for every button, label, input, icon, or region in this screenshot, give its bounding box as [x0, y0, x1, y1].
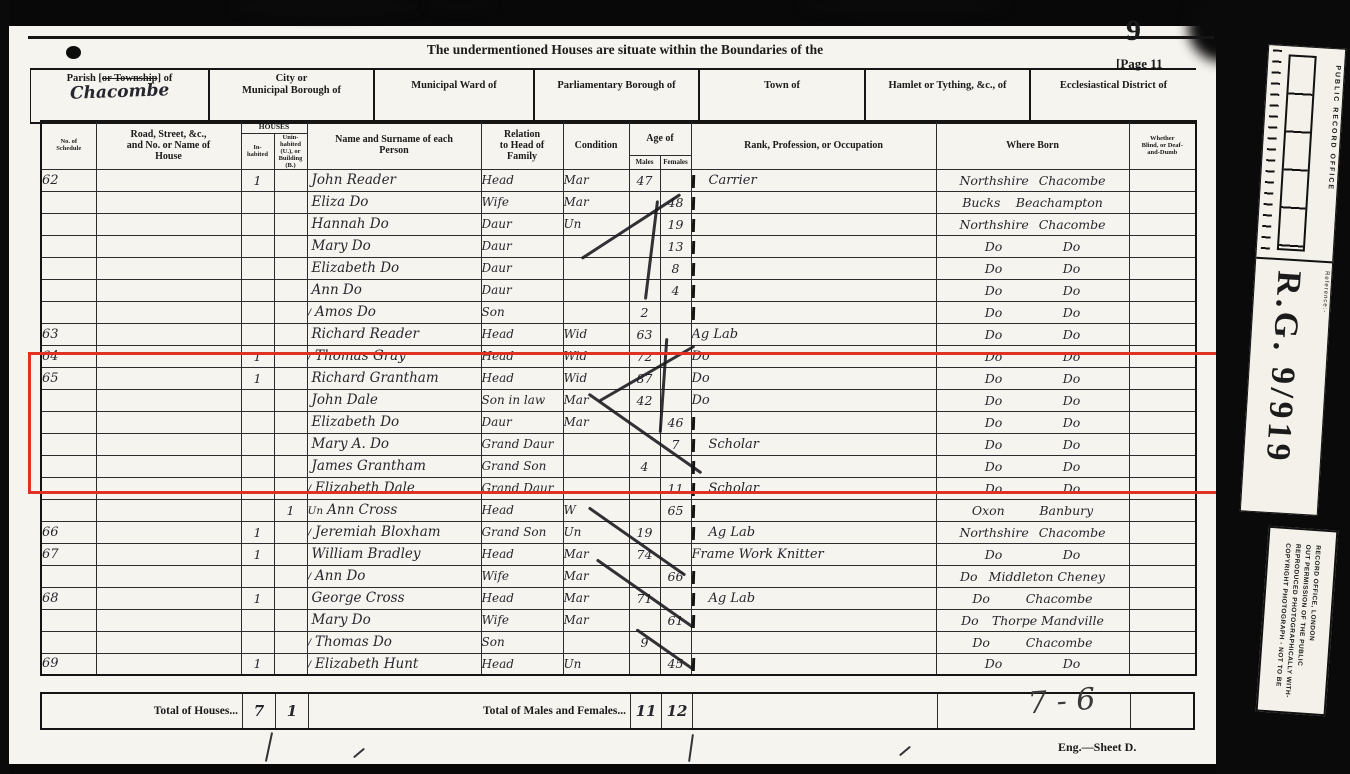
name-cell: Mary A. Do	[307, 433, 481, 455]
age-male-cell	[629, 653, 660, 675]
occupation-cell: Frame Work Knitter	[691, 543, 936, 565]
inhabited-cell	[241, 565, 274, 587]
relation-cell: Son in law	[481, 389, 563, 411]
totals-spacer	[1130, 694, 1193, 728]
road-cell	[96, 499, 241, 521]
age-male-cell: 72	[629, 345, 660, 367]
person-row: Mary Do Wife Mar 61 DoThorpe Mandville	[41, 609, 1196, 631]
age-male-cell	[629, 609, 660, 631]
blind-cell	[1129, 565, 1196, 587]
schedule-number	[41, 477, 96, 499]
parish-value: Chacombe	[70, 84, 170, 99]
relation-cell: Head	[481, 653, 563, 675]
top-rule	[28, 36, 1214, 39]
where-born-cell: OxonBanbury	[936, 499, 1129, 521]
age-male-cell	[629, 235, 660, 257]
col-blind: Whether Blind, or Deaf- and-Dumb	[1129, 121, 1196, 169]
born-place: Do	[1063, 239, 1081, 254]
born-county: Do	[985, 371, 1003, 386]
where-born-cell: DoDo	[936, 411, 1129, 433]
born-place: Do	[1063, 283, 1081, 298]
born-place: Beachampton	[1016, 195, 1103, 210]
person-name: Richard Grantham	[312, 370, 439, 386]
tally-mark	[691, 482, 694, 495]
where-born-cell: DoMiddleton Cheney	[936, 565, 1129, 587]
born-place: Do	[1063, 371, 1081, 386]
parish-cell: Parish [or Township] of Chacombe	[30, 70, 210, 122]
where-born-cell: DoDo	[936, 345, 1129, 367]
condition-cell: Un	[563, 653, 629, 675]
born-county: Do	[985, 481, 1003, 496]
born-county: Do	[960, 569, 978, 584]
col-age-group: Age of	[629, 121, 691, 155]
born-place: Chacombe	[1039, 173, 1106, 188]
age-female-cell	[660, 301, 691, 323]
person-row: 66 1 /Jeremiah Bloxham Grand Son Un 19 A…	[41, 521, 1196, 543]
blind-cell	[1129, 301, 1196, 323]
where-born-cell: DoDo	[936, 257, 1129, 279]
age-female-cell: 8	[660, 257, 691, 279]
schedule-number	[41, 301, 96, 323]
relation-cell: Head	[481, 543, 563, 565]
schedule-number	[41, 609, 96, 631]
reference-caption: Reference:-	[1321, 271, 1330, 314]
total-males: 11	[630, 694, 661, 728]
uninhabited-cell	[274, 389, 307, 411]
name-cell: William Bradley	[307, 543, 481, 565]
page-title: The undermentioned Houses are situate wi…	[200, 42, 1050, 58]
occupation-cell: Do	[691, 389, 936, 411]
schedule-number: 63	[41, 323, 96, 345]
name-cell: /Amos Do	[307, 301, 481, 323]
schedule-number	[41, 565, 96, 587]
schedule-number	[41, 433, 96, 455]
schedule-number	[41, 389, 96, 411]
born-county: Oxon	[972, 503, 1005, 518]
person-name: Ann Do	[315, 568, 365, 584]
occupation-cell: Ag Lab	[691, 587, 936, 609]
born-place: Do	[1063, 459, 1081, 474]
pen-mark: /	[308, 637, 312, 649]
person-name: William Bradley	[312, 546, 421, 562]
total-houses-uninhabited: 1	[275, 694, 308, 728]
total-houses-inhabited: 7	[242, 694, 275, 728]
age-female-cell: 13	[660, 235, 691, 257]
person-name: Thomas Gray	[315, 348, 406, 364]
piece-reference: R.G. 9/919	[1258, 270, 1308, 466]
born-place: Banbury	[1039, 503, 1093, 518]
born-place: Do	[1063, 437, 1081, 452]
occupation-cell	[691, 609, 936, 631]
name-cell: Eliza Do	[307, 191, 481, 213]
occupation-cell: Do	[691, 345, 936, 367]
col-born: Where Born	[936, 121, 1129, 169]
age-female-cell: 46	[660, 411, 691, 433]
person-name: Eliza Do	[312, 194, 369, 210]
name-cell: George Cross	[307, 587, 481, 609]
where-born-cell: DoDo	[936, 653, 1129, 675]
col-uninhabited: Unin- habited (U.), or Building (B.)	[274, 133, 307, 169]
col-males: Males	[629, 155, 660, 169]
where-born-cell: DoThorpe Mandville	[936, 609, 1129, 631]
uninhabited-cell	[274, 411, 307, 433]
uninhabited-cell	[274, 257, 307, 279]
blind-cell	[1129, 609, 1196, 631]
occupation-cell	[691, 213, 936, 235]
schedule-number: 69	[41, 653, 96, 675]
col-condition: Condition	[563, 121, 629, 169]
col-schedule: No. of Schedule	[41, 121, 96, 169]
person-row: 63 Richard Reader Head Wid 63 Ag Lab DoD…	[41, 323, 1196, 345]
born-county: Northshire	[959, 217, 1028, 232]
born-county: Do	[985, 393, 1003, 408]
person-row: Mary A. Do Grand Daur 7 Scholar DoDo	[41, 433, 1196, 455]
blind-cell	[1129, 653, 1196, 675]
inhabited-cell	[241, 235, 274, 257]
uninhabited-cell	[274, 301, 307, 323]
where-born-cell: DoDo	[936, 279, 1129, 301]
blind-cell	[1129, 345, 1196, 367]
inhabited-cell	[241, 411, 274, 433]
relation-cell: Daur	[481, 257, 563, 279]
uninhabited-cell	[274, 235, 307, 257]
born-county: Bucks	[962, 195, 1000, 210]
where-born-cell: DoDo	[936, 235, 1129, 257]
person-name: Elizabeth Dale	[315, 480, 415, 496]
name-cell: Ann Do	[307, 279, 481, 301]
blind-cell	[1129, 191, 1196, 213]
relation-cell: Head	[481, 345, 563, 367]
condition-cell	[563, 257, 629, 279]
uninhabited-cell: 1	[274, 499, 307, 521]
town-cell: Town of	[700, 70, 866, 122]
occupation-text: Do	[692, 371, 710, 386]
where-born-cell: DoDo	[936, 543, 1129, 565]
name-cell: /Elizabeth Hunt	[307, 653, 481, 675]
name-cell: Elizabeth Do	[307, 257, 481, 279]
uninhabited-cell	[274, 455, 307, 477]
born-county: Do	[985, 437, 1003, 452]
person-row: 67 1 William Bradley Head Mar 74 Frame W…	[41, 543, 1196, 565]
total-mf-label: Total of Males and Females...	[308, 694, 630, 728]
uninhabited-cell	[274, 367, 307, 389]
person-name: Elizabeth Hunt	[315, 656, 418, 672]
born-place: Chacombe	[1039, 217, 1106, 232]
tally-mark	[691, 504, 694, 517]
born-place: Do	[1063, 305, 1081, 320]
occupation-cell	[691, 653, 936, 675]
born-place: Chacombe	[1039, 525, 1106, 540]
born-place: Do	[1063, 349, 1081, 364]
relation-cell: Grand Daur	[481, 433, 563, 455]
born-county: Do	[972, 591, 990, 606]
pencil-annotation: 7 - 6	[1027, 682, 1097, 722]
person-name: Elizabeth Do	[312, 260, 400, 276]
person-name: Mary Do	[312, 238, 371, 254]
relation-cell: Daur	[481, 279, 563, 301]
occupation-text: Do	[692, 349, 710, 364]
occupation-cell: Ag Lab	[691, 323, 936, 345]
hamlet-cell: Hamlet or Tything, &c., of	[866, 70, 1031, 122]
where-born-cell: DoDo	[936, 389, 1129, 411]
road-cell	[96, 543, 241, 565]
schedule-number	[41, 499, 96, 521]
scan-edge-left	[0, 0, 9, 774]
name-cell: UnAnn Cross	[307, 499, 481, 521]
relation-cell: Grand Daur	[481, 477, 563, 499]
tally-mark	[691, 174, 694, 187]
age-male-cell: 4	[629, 455, 660, 477]
tally-mark	[691, 240, 694, 253]
age-male-cell: 63	[629, 323, 660, 345]
occupation-cell: Do	[691, 367, 936, 389]
person-row: Ann Do Daur 4 DoDo	[41, 279, 1196, 301]
person-row: 65 1 Richard Grantham Head Wid 87 Do DoD…	[41, 367, 1196, 389]
road-cell	[96, 257, 241, 279]
totals-spacer	[692, 694, 937, 728]
born-county: Do	[961, 613, 979, 628]
relation-cell: Son	[481, 631, 563, 653]
born-place: Do	[1063, 393, 1081, 408]
uninhabited-cell	[274, 169, 307, 191]
condition-cell: Wid	[563, 323, 629, 345]
born-county: Do	[985, 261, 1003, 276]
person-name: Jeremiah Bloxham	[315, 524, 441, 540]
relation-cell: Head	[481, 587, 563, 609]
inhabited-cell	[241, 433, 274, 455]
age-female-cell: 7	[660, 433, 691, 455]
relation-cell: Daur	[481, 213, 563, 235]
inhabited-cell	[241, 389, 274, 411]
uninhabited-cell	[274, 631, 307, 653]
age-male-cell: 42	[629, 389, 660, 411]
born-county: Do	[985, 459, 1003, 474]
age-male-cell: 2	[629, 301, 660, 323]
uninhabited-cell	[274, 345, 307, 367]
inhabited-cell: 1	[241, 367, 274, 389]
tally-mark	[691, 526, 694, 539]
road-cell	[96, 433, 241, 455]
age-female-cell	[660, 455, 691, 477]
name-cell: /Jeremiah Bloxham	[307, 521, 481, 543]
condition-cell: Mar	[563, 191, 629, 213]
schedule-number: 66	[41, 521, 96, 543]
born-place: Chacombe	[1026, 591, 1093, 606]
inhabited-cell: 1	[241, 345, 274, 367]
condition-cell: Mar	[563, 169, 629, 191]
age-female-cell	[660, 521, 691, 543]
municipal-ward-cell: Municipal Ward of	[375, 70, 535, 122]
occupation-cell	[691, 257, 936, 279]
person-row: Elizabeth Do Daur 8 DoDo	[41, 257, 1196, 279]
ink-dot	[66, 46, 81, 59]
name-cell: Hannah Do	[307, 213, 481, 235]
born-place: Do	[1063, 547, 1081, 562]
born-place: Do	[1063, 481, 1081, 496]
blind-cell	[1129, 367, 1196, 389]
inhabited-cell: 1	[241, 587, 274, 609]
relation-cell: Grand Son	[481, 455, 563, 477]
where-born-cell: DoDo	[936, 301, 1129, 323]
occupation-cell	[691, 235, 936, 257]
relation-cell: Son	[481, 301, 563, 323]
relation-cell: Daur	[481, 411, 563, 433]
occupation-text: Ag Lab	[709, 525, 756, 540]
schedule-number: 62	[41, 169, 96, 191]
inhabited-cell: 1	[241, 543, 274, 565]
road-cell	[96, 367, 241, 389]
uninhabited-cell	[274, 521, 307, 543]
pen-mark: /	[308, 483, 312, 495]
uninhabited-cell	[274, 543, 307, 565]
condition-cell	[563, 477, 629, 499]
blind-cell	[1129, 455, 1196, 477]
tally-mark	[691, 416, 694, 429]
pen-mark: Un	[308, 505, 324, 517]
tally-mark	[691, 262, 694, 275]
schedule-number	[41, 631, 96, 653]
name-cell: /Ann Do	[307, 565, 481, 587]
city-borough-cell: City or Municipal Borough of	[210, 70, 375, 122]
person-row: 69 1 /Elizabeth Hunt Head Un 45 DoDo	[41, 653, 1196, 675]
copyright-text: COPYRIGHT PHOTOGRAPH - NOT TO BE REPRODU…	[1272, 543, 1323, 700]
occupation-cell: Ag Lab	[691, 521, 936, 543]
inhabited-cell	[241, 213, 274, 235]
born-county: Northshire	[959, 525, 1028, 540]
person-name: Thomas Do	[315, 634, 392, 650]
col-females: Females	[660, 155, 691, 169]
pen-mark: /	[308, 351, 312, 363]
age-female-cell: 65	[660, 499, 691, 521]
relation-cell: Head	[481, 367, 563, 389]
occupation-text: Do	[692, 393, 710, 408]
occupation-text: Ag Lab	[692, 327, 739, 342]
occupation-cell: Scholar	[691, 477, 936, 499]
occupation-cell	[691, 301, 936, 323]
road-cell	[96, 455, 241, 477]
condition-cell	[563, 433, 629, 455]
road-cell	[96, 213, 241, 235]
inhabited-cell	[241, 257, 274, 279]
age-female-cell	[660, 169, 691, 191]
blind-cell	[1129, 389, 1196, 411]
road-cell	[96, 631, 241, 653]
occupation-cell	[691, 411, 936, 433]
name-cell: /Elizabeth Dale	[307, 477, 481, 499]
condition-cell	[563, 455, 629, 477]
uninhabited-cell	[274, 565, 307, 587]
inhabited-cell	[241, 455, 274, 477]
age-male-cell	[629, 433, 660, 455]
road-cell	[96, 191, 241, 213]
age-male-cell	[629, 257, 660, 279]
uninhabited-cell	[274, 477, 307, 499]
pen-mark: /	[308, 527, 312, 539]
tally-mark	[691, 218, 694, 231]
schedule-number	[41, 235, 96, 257]
col-inhabited: In- habited	[241, 133, 274, 169]
census-table: No. of Schedule Road, Street, &c., and N…	[40, 120, 1197, 676]
age-female-cell: 4	[660, 279, 691, 301]
schedule-number: 68	[41, 587, 96, 609]
uninhabited-cell	[274, 433, 307, 455]
inhabited-cell: 1	[241, 653, 274, 675]
occupation-text: Scholar	[709, 437, 760, 452]
road-cell	[96, 477, 241, 499]
inhabited-cell	[241, 323, 274, 345]
person-name: Mary A. Do	[312, 436, 390, 452]
tally-mark	[691, 570, 694, 583]
person-name: George Cross	[312, 590, 405, 606]
condition-cell	[563, 279, 629, 301]
blind-cell	[1129, 587, 1196, 609]
tally-mark	[691, 284, 694, 297]
uninhabited-cell	[274, 609, 307, 631]
person-row: John Dale Son in law Mar 42 Do DoDo	[41, 389, 1196, 411]
where-born-cell: DoDo	[936, 367, 1129, 389]
occupation-cell	[691, 499, 936, 521]
occupation-text: Ag Lab	[709, 591, 756, 606]
name-cell: Mary Do	[307, 609, 481, 631]
name-cell: /Thomas Gray	[307, 345, 481, 367]
condition-cell: Un	[563, 521, 629, 543]
name-cell: Elizabeth Do	[307, 411, 481, 433]
inhabited-cell	[241, 631, 274, 653]
born-county: Do	[985, 349, 1003, 364]
total-females: 12	[661, 694, 692, 728]
born-county: Do	[985, 547, 1003, 562]
name-cell: John Reader	[307, 169, 481, 191]
road-cell	[96, 235, 241, 257]
col-rank: Rank, Profession, or Occupation	[691, 121, 936, 169]
born-county: Do	[985, 415, 1003, 430]
person-row: /Thomas Do Son 9 DoChacombe	[41, 631, 1196, 653]
age-male-cell	[629, 411, 660, 433]
occupation-cell: Carrier	[691, 169, 936, 191]
relation-cell: Head	[481, 323, 563, 345]
where-born-cell: DoChacombe	[936, 631, 1129, 653]
born-county: Do	[985, 239, 1003, 254]
pen-mark: /	[308, 571, 312, 583]
pen-mark: /	[308, 307, 312, 319]
age-female-cell	[660, 389, 691, 411]
scan-smudge	[230, 0, 420, 20]
inhabited-cell	[241, 279, 274, 301]
born-place: Thorpe Mandville	[992, 613, 1104, 628]
schedule-number: 64	[41, 345, 96, 367]
condition-cell: Wid	[563, 367, 629, 389]
born-county: Northshire	[959, 173, 1028, 188]
uninhabited-cell	[274, 279, 307, 301]
schedule-number: 67	[41, 543, 96, 565]
parliamentary-borough-cell: Parliamentary Borough of	[535, 70, 700, 122]
blind-cell	[1129, 411, 1196, 433]
road-cell	[96, 565, 241, 587]
person-row: 68 1 George Cross Head Mar 71 Ag Lab DoC…	[41, 587, 1196, 609]
where-born-cell: DoDo	[936, 433, 1129, 455]
relation-cell: Head	[481, 499, 563, 521]
inhabited-cell	[241, 477, 274, 499]
person-row: /Elizabeth Dale Grand Daur 11 Scholar Do…	[41, 477, 1196, 499]
person-name: Ann Do	[312, 282, 362, 298]
blind-cell	[1129, 257, 1196, 279]
inhabited-cell	[241, 609, 274, 631]
totals-band: Total of Houses... 7 1 Total of Males an…	[40, 692, 1195, 730]
where-born-cell: NorthshireChacombe	[936, 213, 1129, 235]
name-cell: John Dale	[307, 389, 481, 411]
sheet-label: Eng.—Sheet D.	[1058, 740, 1136, 755]
where-born-cell: BucksBeachampton	[936, 191, 1129, 213]
